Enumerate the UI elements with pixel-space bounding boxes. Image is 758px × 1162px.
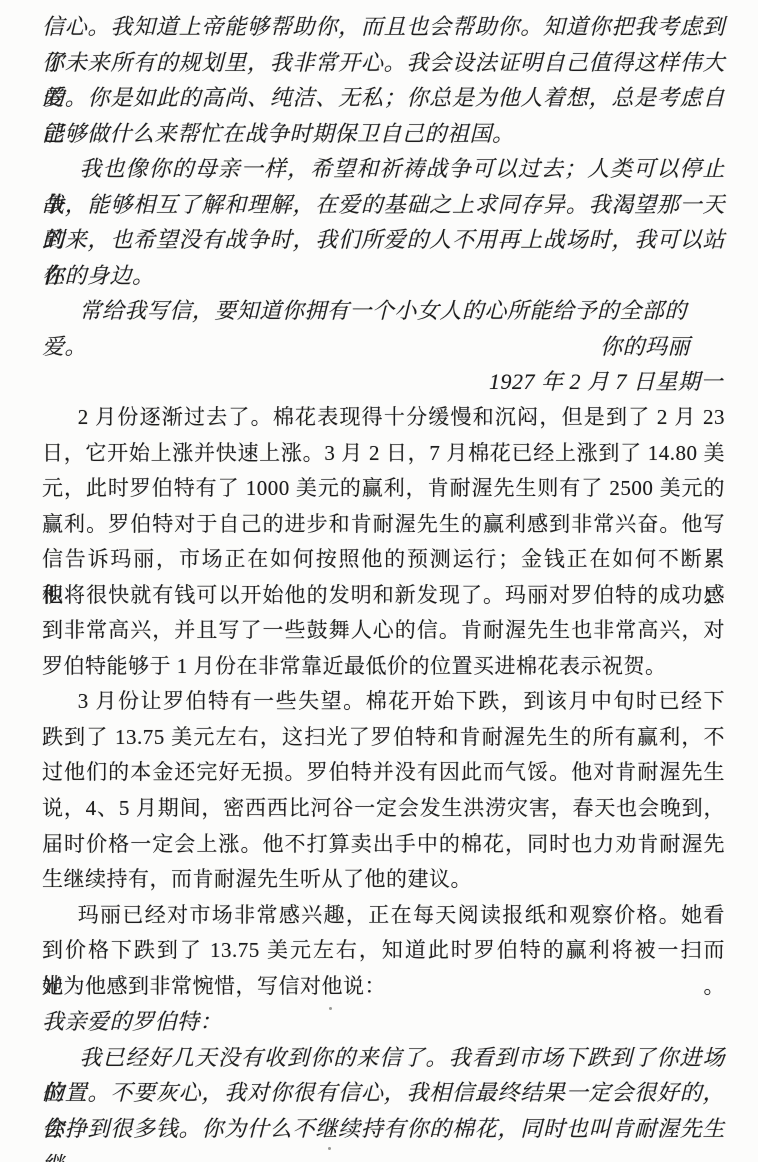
text-line: 你的身边。: [42, 258, 725, 294]
text-line: 到来，也希望没有战争时，我们所爱的人不用再上战场时，我可以站在: [42, 222, 725, 258]
text-line: 爱。你是如此的高尚、纯洁、无私；你总是为他人着想，总是考虑自己: [42, 80, 725, 116]
text-line: 我亲爱的罗伯特：: [42, 1004, 725, 1040]
book-page: 信心。我知道上帝能够帮助你，而且也会帮助你。知道你把我考虑到了你未来所有的规划里…: [0, 0, 758, 1162]
text-line: 你未来所有的规划里，我非常开心。我会设法证明自己值得这样伟大的: [42, 45, 725, 81]
text-line: 我已经好几天没有收到你的来信了。我看到市场下跌到了你进场的: [42, 1040, 725, 1076]
text-line: 1927 年 2 月 7 日星期一: [42, 364, 725, 400]
text-line: 到非常高兴，并且写了一些鼓舞人心的信。肯耐渥先生也非常高兴，对: [42, 613, 725, 649]
text-line: 到价格下跌到了 13.75 美元左右，知道此时罗伯特的赢利将被一扫而光。: [42, 933, 725, 969]
text-line: 日，它开始上涨并快速上涨。3 月 2 日，7 月棉花已经上涨到了 14.80 美: [42, 436, 725, 472]
scan-speck: [328, 1147, 331, 1150]
text-line: 元，此时罗伯特有了 1000 美元的赢利，肯耐渥先生则有了 2500 美元的: [42, 471, 725, 507]
scan-speck: [329, 1007, 332, 1010]
text-line: 会挣到很多钱。你为什么不继续持有你的棉花，同时也叫肯耐渥先生继: [42, 1111, 725, 1147]
text-line: 2 月份逐渐过去了。棉花表现得十分缓慢和沉闷，但是到了 2 月 23: [42, 400, 725, 436]
text-line: 届时价格一定会上涨。他不打算卖出手中的棉花，同时也力劝肯耐渥先: [42, 827, 725, 863]
text-line: 我也像你的母亲一样，希望和祈祷战争可以过去；人类可以停止战: [42, 151, 725, 187]
text-line: 常给我写信，要知道你拥有一个小女人的心所能给予的全部的爱。: [42, 293, 725, 329]
text-line: 罗伯特能够于 1 月份在非常靠近最低价的位置买进棉花表示祝贺。: [42, 649, 725, 685]
text-line: 玛丽已经对市场非常感兴趣，正在每天阅读报纸和观察价格。她看: [42, 898, 725, 934]
text-line: 位置。不要灰心，我对你很有信心，我相信最终结果一定会很好的，你: [42, 1075, 725, 1111]
text-line: 他将很快就有钱可以开始他的发明和新发现了。玛丽对罗伯特的成功感: [42, 578, 725, 614]
text-line: 能够做什么来帮忙在战争时期保卫自己的祖国。: [42, 116, 725, 152]
text-line: 赢利。罗伯特对于自己的进步和肯耐渥先生的赢利感到非常兴奋。他写: [42, 507, 725, 543]
text-line: 3 月份让罗伯特有一些失望。棉花开始下跌，到该月中旬时已经下: [42, 684, 725, 720]
text-line: 跌到了 13.75 美元左右，这扫光了罗伯特和肯耐渥先生的所有赢利，不: [42, 720, 725, 756]
text-line: 信告诉玛丽，市场正在如何按照他的预测运行；金钱正在如何不断累积；: [42, 542, 725, 578]
text-line: 你的玛丽: [42, 329, 725, 365]
text-line: 争，能够相互了解和理解，在爱的基础之上求同存异。我渴望那一天的: [42, 187, 725, 223]
text-line: 过他们的本金还完好无损。罗伯特并没有因此而气馁。他对肯耐渥先生: [42, 755, 725, 791]
text-line: 说，4、5 月期间，密西西比河谷一定会发生洪涝灾害，春天也会晚到，: [42, 791, 725, 827]
page-text: 信心。我知道上帝能够帮助你，而且也会帮助你。知道你把我考虑到了你未来所有的规划里…: [42, 9, 725, 1147]
text-line: 信心。我知道上帝能够帮助你，而且也会帮助你。知道你把我考虑到了: [42, 9, 725, 45]
text-line: 生继续持有，而肯耐渥先生听从了他的建议。: [42, 862, 725, 898]
